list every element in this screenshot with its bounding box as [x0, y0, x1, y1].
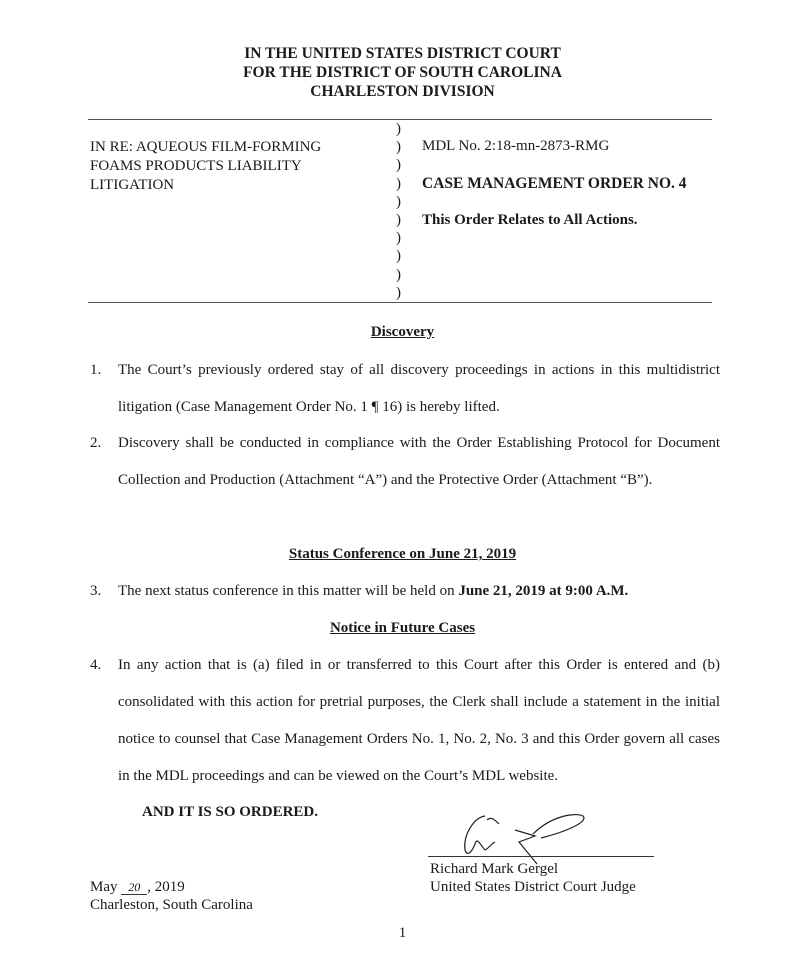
court-header-line2: FOR THE DISTRICT OF SOUTH CAROLINA [0, 63, 805, 82]
court-header-line1: IN THE UNITED STATES DISTRICT COURT [0, 44, 805, 63]
caption-line: FOAMS PRODUCTS LIABILITY [90, 157, 390, 176]
paragraph-text: The next status conference in this matte… [118, 573, 720, 610]
paren: ) [396, 247, 401, 265]
relates-to: This Order Relates to All Actions. [422, 212, 638, 229]
paren: ) [396, 193, 401, 211]
judge-signature-icon [455, 806, 605, 868]
section-heading-status-conference: Status Conference on June 21, 2019 [0, 546, 805, 563]
section-heading-discovery: Discovery [0, 324, 805, 341]
paragraph-text-plain: The next status conference in this matte… [118, 583, 458, 599]
paragraph-number: 1. [90, 352, 101, 389]
caption-line: IN RE: AQUEOUS FILM-FORMING [90, 138, 390, 157]
paren: ) [396, 156, 401, 174]
case-caption-parties: IN RE: AQUEOUS FILM-FORMING FOAMS PRODUC… [90, 138, 390, 195]
section-heading-notice: Notice in Future Cases [0, 620, 805, 637]
court-header: IN THE UNITED STATES DISTRICT COURT FOR … [0, 44, 805, 101]
paragraph-1: 1. The Court’s previously ordered stay o… [90, 352, 720, 426]
paragraph-3: 3. The next status conference in this ma… [90, 573, 720, 610]
paragraph-text: In any action that is (a) filed in or tr… [118, 647, 720, 795]
paren: ) [396, 138, 401, 156]
caption-line: LITIGATION [90, 176, 390, 195]
judge-title: United States District Court Judge [430, 878, 636, 896]
paragraph-2: 2. Discovery shall be conducted in compl… [90, 425, 720, 499]
paren: ) [396, 120, 401, 138]
order-date: May 20, 2019 [90, 878, 185, 896]
paragraph-text: Discovery shall be conducted in complian… [118, 425, 720, 499]
paragraph-number: 2. [90, 425, 101, 462]
date-month: May [90, 879, 118, 895]
date-year: , 2019 [147, 879, 185, 895]
paren: ) [396, 284, 401, 302]
order-title: CASE MANAGEMENT ORDER NO. 4 [422, 175, 687, 193]
signature-line [428, 856, 654, 857]
caption-parentheses: ) ) ) ) ) ) ) ) ) ) [396, 120, 401, 302]
so-ordered: AND IT IS SO ORDERED. [142, 804, 318, 821]
paragraph-text: The Court’s previously ordered stay of a… [118, 352, 720, 426]
court-header-line3: CHARLESTON DIVISION [0, 82, 805, 101]
paragraph-number: 3. [90, 573, 101, 610]
paren: ) [396, 175, 401, 193]
judge-name: Richard Mark Gergel [430, 860, 558, 878]
caption-bottom-rule [88, 302, 712, 303]
case-number: MDL No. 2:18-mn-2873-RMG [422, 138, 609, 155]
paren: ) [396, 211, 401, 229]
date-day-handwritten: 20 [121, 880, 147, 895]
paren: ) [396, 266, 401, 284]
paragraph-4: 4. In any action that is (a) filed in or… [90, 647, 720, 795]
page-number: 1 [0, 924, 805, 942]
order-location: Charleston, South Carolina [90, 896, 253, 914]
paragraph-number: 4. [90, 647, 101, 684]
conference-datetime: June 21, 2019 at 9:00 A.M. [458, 583, 628, 599]
paren: ) [396, 229, 401, 247]
